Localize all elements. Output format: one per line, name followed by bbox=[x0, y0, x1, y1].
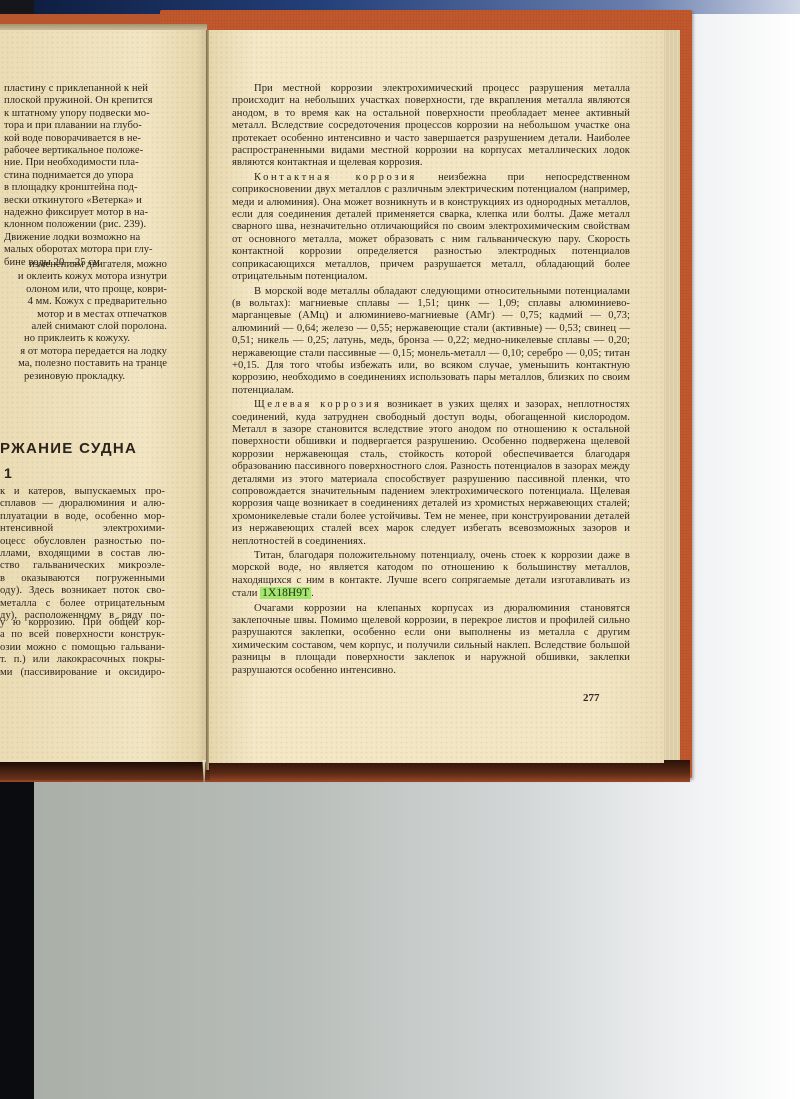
text-line: я от мотора передается на лодку bbox=[4, 346, 167, 358]
text-line: а по всей поверхности конструк- bbox=[0, 629, 165, 641]
text-line: ние. При необходимости пла- bbox=[4, 157, 167, 169]
section-title: РЖАНИЕ СУДНА bbox=[0, 440, 190, 457]
paragraph-tail: . bbox=[311, 588, 314, 599]
term-contact-corrosion: Контактная коррозия bbox=[254, 172, 417, 183]
paragraph-rivets: Очагами коррозии на клепаных корпусах из… bbox=[232, 603, 630, 677]
highlighted-steel-grade[interactable]: 1Х18Н9Т bbox=[260, 587, 311, 599]
text-line: плуатации в воде, особенно мор- bbox=[0, 511, 165, 523]
paragraph-text: Очагами коррозии на клепаных корпусах из… bbox=[232, 603, 630, 676]
book-bottom-edge-left bbox=[0, 762, 210, 780]
text-line: у ю коррозию. При общей кор- bbox=[0, 617, 165, 629]
text-line: тора и при плавании на глубо- bbox=[4, 120, 167, 132]
text-line: ллами, входящими в состав лю- bbox=[0, 548, 165, 560]
left-page-block-4: у ю коррозию. При общей кор- а по всей п… bbox=[0, 617, 165, 679]
page-number: 277 bbox=[583, 692, 600, 704]
left-page-block-2: изменениям двигателя, можно и оклеить ко… bbox=[4, 259, 167, 383]
text-line: ма, полезно поставить на транце bbox=[4, 358, 167, 370]
text-line: малых оборотах мотора при глу- bbox=[4, 244, 167, 256]
section-number: 1 bbox=[4, 465, 12, 481]
paragraph-text: В морской воде металлы обладают следующи… bbox=[232, 286, 630, 396]
text-line: клонном положении (рис. 239). bbox=[4, 219, 167, 231]
text-line: резиновую прокладку. bbox=[4, 371, 167, 383]
text-line: оду). Здесь возникает поток сво- bbox=[0, 585, 165, 597]
text-line: в оказываются погруженными bbox=[0, 573, 165, 585]
text-line: алей снимают слой поролона. bbox=[4, 321, 167, 333]
paragraph-potentials: В морской воде металлы обладают следующи… bbox=[232, 286, 630, 398]
text-line: к и катеров, выпускаемых про- bbox=[0, 486, 165, 498]
text-line: изменениям двигателя, можно bbox=[4, 259, 167, 271]
text-line: мотор и в местах отпечатков bbox=[4, 309, 167, 321]
text-line: т. п.) или лакокрасочных покры- bbox=[0, 654, 165, 666]
text-line: кой воде поворачивается в не- bbox=[4, 133, 167, 145]
text-line: нтенсивной электрохими- bbox=[0, 523, 165, 535]
book-gutter bbox=[206, 30, 209, 770]
paragraph-text: неизбежна при непосредственном соприкосн… bbox=[232, 172, 630, 282]
text-line: в площадку кронштейна под- bbox=[4, 182, 167, 194]
page-stack-edge bbox=[664, 30, 680, 760]
text-line: вески откинутого «Ветерка» и bbox=[4, 195, 167, 207]
text-line: олоном или, что проще, коври- bbox=[4, 284, 167, 296]
text-line: рабочее вертикальное положе- bbox=[4, 145, 167, 157]
text-line: пластину с приклепанной к ней bbox=[4, 83, 167, 95]
term-crevice-corrosion: Щелевая коррозия bbox=[254, 399, 381, 410]
text-line: металла с более отрицательным bbox=[0, 598, 165, 610]
text-line: к штатному упору подвески мо- bbox=[4, 108, 167, 120]
text-line: но приклеить к кожуху. bbox=[4, 333, 167, 345]
text-line: стина поднимается до упора bbox=[4, 170, 167, 182]
paragraph-contact-corrosion: Контактная коррозия неизбежна при непоср… bbox=[232, 172, 630, 284]
right-page-body: При местной коррозии электрохимический п… bbox=[232, 83, 630, 677]
paragraph-text: При местной коррозии электрохимический п… bbox=[232, 83, 630, 168]
left-page-block-3: к и катеров, выпускаемых про- сплавов — … bbox=[0, 486, 165, 622]
text-line: ство гальванических микроэле- bbox=[0, 560, 165, 572]
left-page-block-1: пластину с приклепанной к ней плоской пр… bbox=[4, 83, 167, 269]
text-line: плоской пружиной. Он крепится bbox=[4, 95, 167, 107]
text-line: ми (пассивирование и оксидиро- bbox=[0, 667, 165, 679]
paragraph-titanium: Титан, благодаря положительному потенциа… bbox=[232, 550, 630, 601]
paragraph-local-corrosion: При местной коррозии электрохимический п… bbox=[232, 83, 630, 170]
text-line: Движение лодки возможно на bbox=[4, 232, 167, 244]
text-line: 4 мм. Кожух с предварительно bbox=[4, 296, 167, 308]
text-line: и оклеить кожух мотора изнутри bbox=[4, 271, 167, 283]
scanner-corner bbox=[0, 0, 34, 14]
text-line: сплавов — дюралюминия и алю- bbox=[0, 498, 165, 510]
text-line: озии можно с помощью гальвани- bbox=[0, 642, 165, 654]
paragraph-text: возникает в узких щелях и зазорах, непло… bbox=[232, 399, 630, 546]
text-line: оцесс обусловлен разностью по- bbox=[0, 536, 165, 548]
paragraph-crevice-corrosion: Щелевая коррозия возникает в узких щелях… bbox=[232, 399, 630, 548]
text-line: надежно фиксирует мотор в на- bbox=[4, 207, 167, 219]
